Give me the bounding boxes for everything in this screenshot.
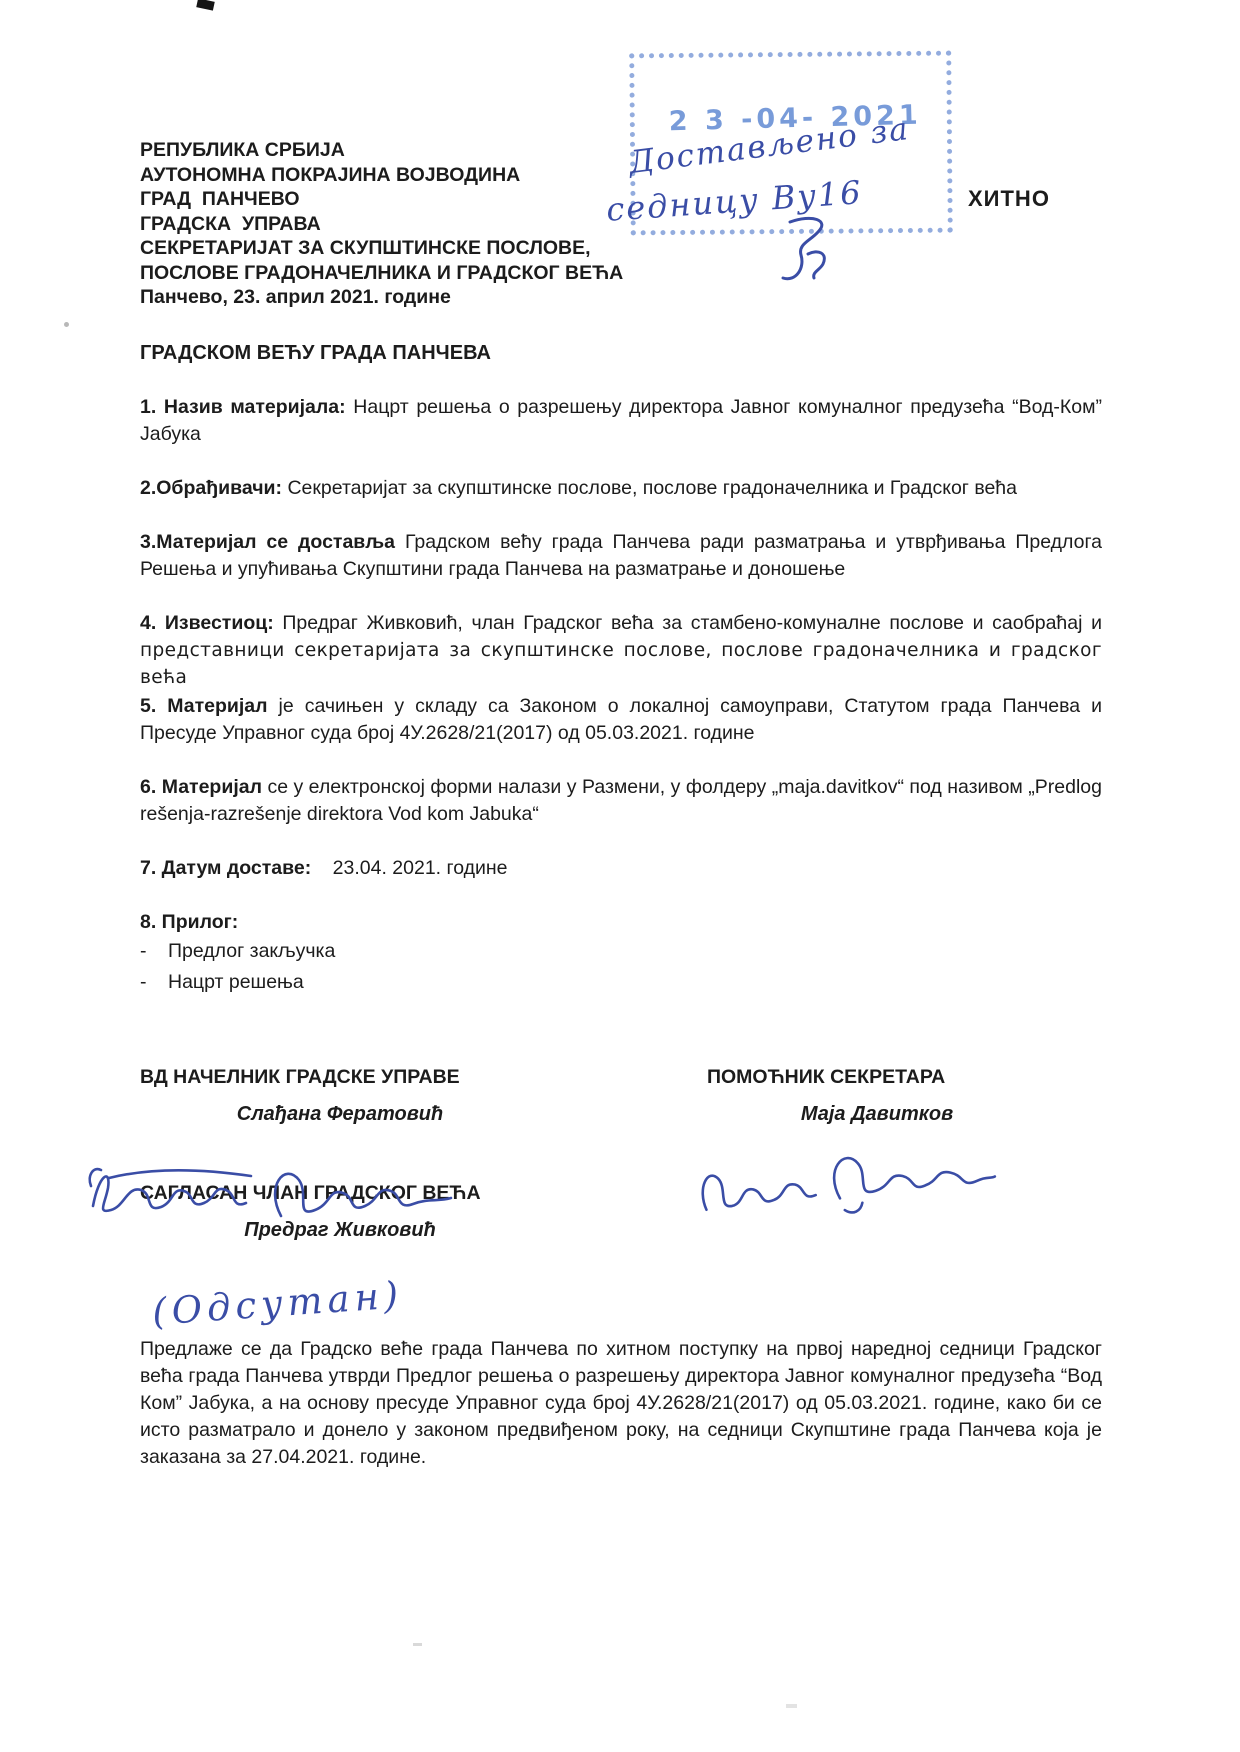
scan-artifact <box>196 0 214 11</box>
item-7-delivery-date: 7. Датум доставе: 23.04. 2021. године <box>140 855 1102 882</box>
item-text: се у електронској форми налази у Размени… <box>140 776 1102 825</box>
letterhead-line: ПОСЛОВЕ ГРАДОНАЧЕЛНИКА И ГРАДСКОГ ВЕЋА <box>140 261 1102 286</box>
item-label: 2.Обрађивачи: <box>140 477 282 499</box>
item-text: 23.04. 2021. године <box>333 857 508 879</box>
scan-artifact <box>413 1643 422 1646</box>
scanned-document-page: 2 3 -04- 2021 Достављено за седницу Ву16… <box>0 0 1240 1752</box>
letterhead-date-line: Панчево, 23. април 2021. године <box>140 285 1102 310</box>
signature-row: ВД НАЧЕЛНИК ГРАДСКЕ УПРАВЕ Слађана Ферат… <box>140 1064 1102 1128</box>
signatory-head-of-administration: ВД НАЧЕЛНИК ГРАДСКЕ УПРАВЕ Слађана Ферат… <box>140 1064 540 1128</box>
letterhead-line: АУТОНОМНА ПОКРАЈИНА ВОЈВОДИНА <box>140 163 1102 188</box>
item-1-material-title: 1. Назив материјала: Нацрт решења о разр… <box>140 394 1102 448</box>
item-8-attachments: 8. Прилог: <box>140 909 1102 936</box>
item-label: 5. Материјал <box>140 695 268 717</box>
attachment-bullet: - <box>140 967 154 998</box>
item-text: је сачињен у складу са Законом о локално… <box>140 695 1102 744</box>
item-2-processors: 2.Обрађивачи: Секретаријат за скупштинск… <box>140 475 1102 502</box>
signatory-assistant-secretary: ПОМОЋНИК СЕКРЕТАРА Маја Давитков <box>707 1064 1047 1128</box>
letterhead-line: ГРАДСКА УПРАВА <box>140 212 1102 237</box>
letterhead: РЕПУБЛИКА СРБИЈА АУТОНОМНА ПОКРАЈИНА ВОЈ… <box>140 138 1102 310</box>
item-text: Секретаријат за скупштинске послове, пос… <box>287 477 1017 499</box>
attachment-row: - Нацрт решења <box>140 967 1102 998</box>
item-label: 6. Материјал <box>140 776 262 798</box>
item-label: 3.Материјал се доставља <box>140 531 395 553</box>
attachment-row: - Предлог закључка <box>140 936 1102 967</box>
item-label: 7. Датум доставе: <box>140 857 311 879</box>
item-4-rapporteur: 4. Известиоц: Предраг Живковић, члан Гра… <box>140 610 1102 691</box>
item-6-electronic-form: 6. Материјал се у електронској форми нал… <box>140 774 1102 828</box>
signatory-name: Слађана Фератовић <box>140 1100 540 1128</box>
item-handwritten-addition: представници секретаријата за скупштинск… <box>140 640 1102 688</box>
scan-artifact <box>786 1704 797 1708</box>
attachment-text: Нацрт решења <box>168 967 304 998</box>
item-label: 8. Прилог: <box>140 911 238 933</box>
item-text: Предраг Живковић, члан Градског већа за … <box>282 612 1102 634</box>
signatory-title: ВД НАЧЕЛНИК ГРАДСКЕ УПРАВЕ <box>140 1064 540 1090</box>
letterhead-line: ГРАД ПАНЧЕВО <box>140 187 1102 212</box>
addressee-line: ГРАДСКОМ ВЕЋУ ГРАДА ПАНЧЕВА <box>140 340 1102 367</box>
signatory-name: Маја Давитков <box>707 1100 1047 1128</box>
signatory-title: ПОМОЋНИК СЕКРЕТАРА <box>707 1064 1047 1090</box>
item-3-delivery: 3.Материјал се доставља Градском већу гр… <box>140 529 1102 583</box>
letterhead-line: РЕПУБЛИКА СРБИЈА <box>140 138 1102 163</box>
item-5-legal-basis: 5. Материјал је сачињен у складу са Зако… <box>140 693 1102 747</box>
attachment-text: Предлог закључка <box>168 936 335 967</box>
closing-paragraph: Предлаже се да Градско веће града Панчев… <box>140 1336 1102 1471</box>
letterhead-line: СЕКРЕТАРИЈАТ ЗА СКУПШТИНСКЕ ПОСЛОВЕ, <box>140 236 1102 261</box>
attachment-bullet: - <box>140 936 154 967</box>
signature-feratovic-icon <box>85 1158 457 1242</box>
scan-artifact <box>64 322 69 327</box>
item-label: 1. Назив материјала: <box>140 396 346 418</box>
item-label: 4. Известиоц: <box>140 612 274 634</box>
